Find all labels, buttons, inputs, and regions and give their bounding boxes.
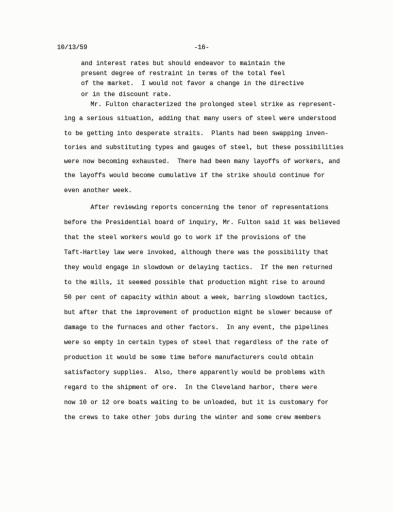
indented-quote: and interest rates but should endeavor t… (81, 59, 304, 100)
page-number: -16- (194, 44, 209, 52)
paragraph-steel-strike: Mr. Fulton characterized the prolonged s… (64, 98, 344, 198)
paragraph-board-of-inquiry: After reviewing reports concerning the t… (64, 200, 340, 425)
document-date: 10/13/59 (57, 44, 87, 52)
document-page: 10/13/59 -16- and interest rates but sho… (0, 0, 393, 512)
